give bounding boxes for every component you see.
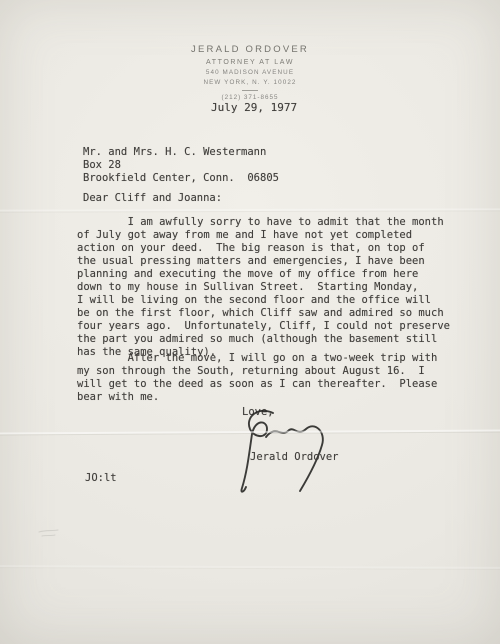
- letterhead-address-line2: NEW YORK, N. Y. 10022: [0, 79, 500, 86]
- body-paragraph-2: After the move, I will go on a two-week …: [77, 352, 437, 404]
- salutation: Dear Cliff and Joanna:: [83, 192, 222, 205]
- letterhead: JERALD ORDOVER ATTORNEY AT LAW 540 MADIS…: [0, 44, 500, 101]
- fold-crease-top: [0, 208, 500, 212]
- typist-initials: JO:lt: [85, 472, 117, 485]
- body-paragraph-1: I am awfully sorry to have to admit that…: [77, 216, 450, 359]
- letterhead-divider: [242, 90, 258, 91]
- fold-crease-bottom: [0, 565, 500, 570]
- letterhead-title: ATTORNEY AT LAW: [0, 59, 500, 66]
- signature-typed-name: Jerald Ordover: [250, 451, 339, 464]
- letter-sheet: JERALD ORDOVER ATTORNEY AT LAW 540 MADIS…: [0, 0, 500, 644]
- recipient-address: Mr. and Mrs. H. C. Westermann Box 28 Bro…: [83, 146, 279, 185]
- date-line: July 29, 1977: [211, 101, 297, 114]
- letterhead-phone: (212) 371-8655: [0, 94, 500, 101]
- letterhead-address-line1: 540 MADISON AVENUE: [0, 69, 500, 76]
- pencil-smudge-mark: [36, 528, 66, 540]
- letterhead-name: JERALD ORDOVER: [0, 44, 500, 55]
